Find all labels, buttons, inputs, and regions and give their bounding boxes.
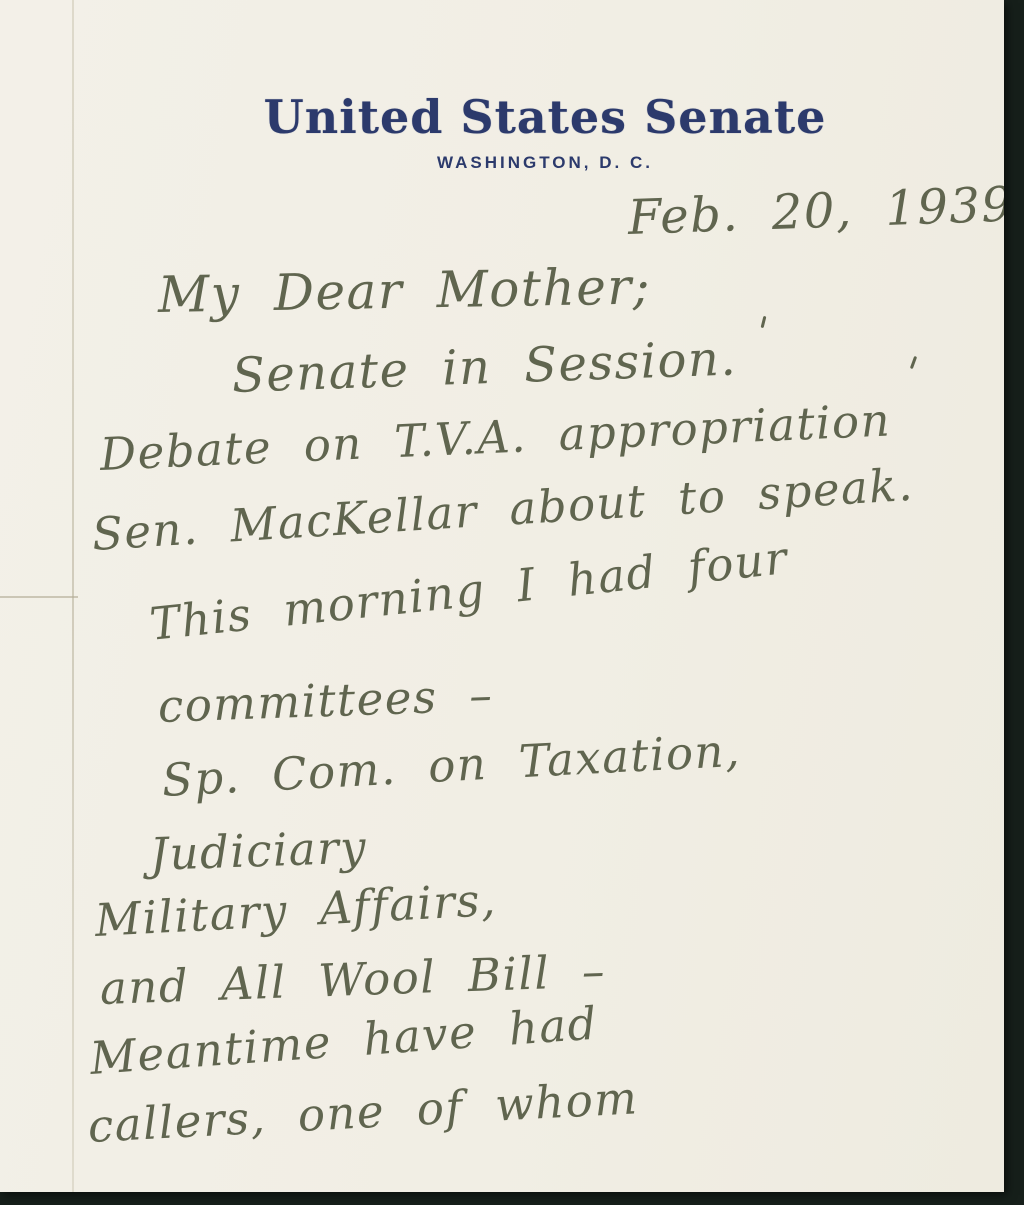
- scanned-letter: United States Senate WASHINGTON, D. C. F…: [0, 0, 1024, 1205]
- stray-ink-comma: [910, 356, 917, 369]
- letter-paper: United States Senate WASHINGTON, D. C. F…: [0, 0, 1004, 1192]
- stray-ink-tick: [761, 316, 767, 328]
- letter-body-line: callers, one of whom: [87, 1071, 640, 1153]
- letter-salutation: My Dear Mother;: [157, 257, 651, 324]
- letter-body-line: Senate in Session.: [231, 330, 738, 404]
- letterhead-subtitle: WASHINGTON, D. C.: [86, 153, 1004, 173]
- letter-body-line: Military Affairs,: [94, 873, 498, 947]
- letterhead: United States Senate WASHINGTON, D. C.: [0, 92, 1004, 173]
- letter-date: Feb. 20, 1939,: [627, 176, 1004, 246]
- letter-body-line: committees –: [157, 668, 494, 733]
- fold-crease-horizontal: [0, 596, 78, 598]
- letter-body-line: Sp. Com. on Taxation,: [161, 724, 742, 807]
- letterhead-title: United States Senate: [86, 92, 1004, 143]
- letter-body-line: Judiciary: [149, 820, 368, 881]
